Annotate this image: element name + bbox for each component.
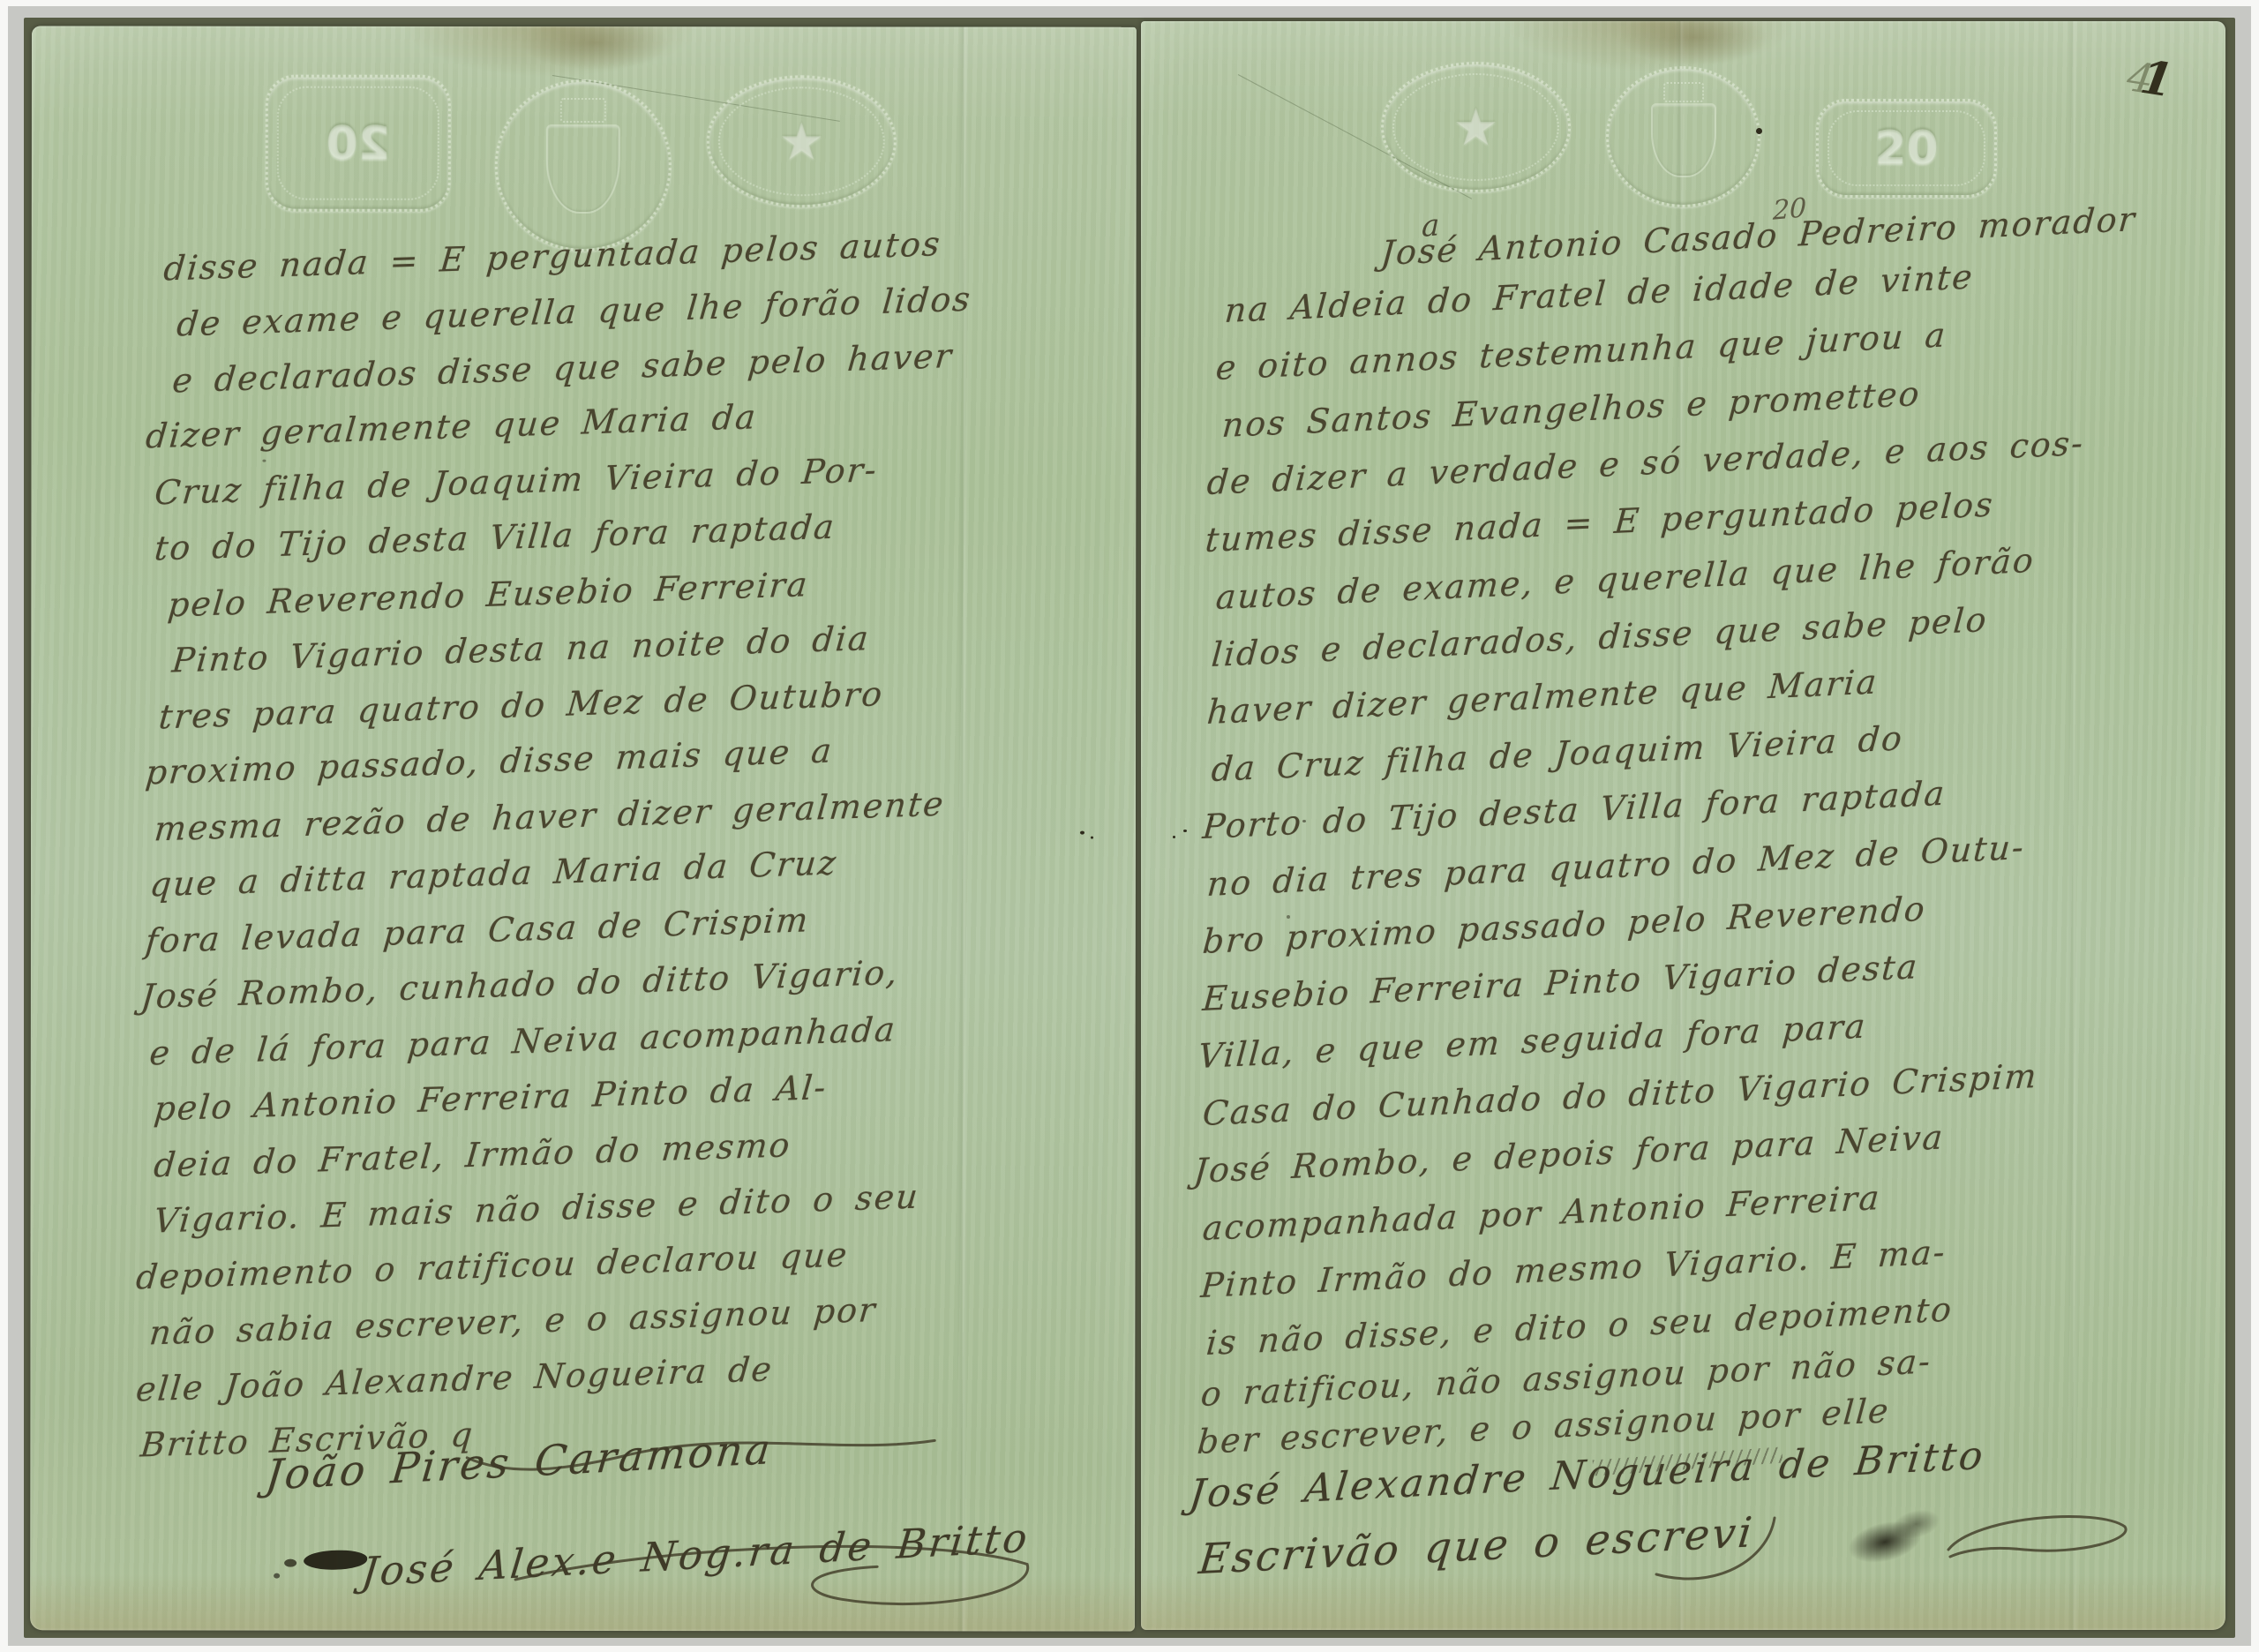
right-page: 41 20 20 a José Antonio Casado Pedreiro …	[1141, 21, 2225, 1630]
left-page: 20 disse nada = E perguntada pelos autos…	[30, 26, 1137, 1631]
manuscript-line: deia do Fratel, Irmão do mesmo	[153, 1125, 793, 1184]
manuscript-line: Villa, e que em seguida fora para	[1197, 1007, 1868, 1077]
ink-blot	[304, 1551, 367, 1570]
manuscript-line: acompanhada por Antonio Ferreira	[1201, 1178, 1882, 1248]
manuscript-line: fora levada para Casa de Crispim	[144, 900, 811, 960]
embossed-stamp-round	[707, 75, 897, 207]
paper-speck	[262, 460, 266, 462]
manuscript-line: e de lá fora para Neiva acompanhada	[148, 1010, 898, 1072]
manuscript-line: pelo Antonio Ferreira Pinto da Al-	[153, 1068, 829, 1129]
embossed-stamp-coat-of-arms	[1606, 66, 1760, 207]
paper-speck	[1756, 128, 1762, 134]
manuscript-line: pelo Reverendo Eusebio Ferreira	[166, 565, 810, 624]
manuscript-line: Eusebio Ferreira Pinto Vigario desta	[1201, 947, 1920, 1018]
manuscript-line: José Rombo, cunhado do ditto Vigario,	[139, 953, 901, 1017]
crown-icon	[560, 98, 606, 122]
manuscript-scan: 20 disse nada = E perguntada pelos autos…	[0, 0, 2259, 1652]
folio-number: 41	[2124, 48, 2177, 108]
manuscript-line: José Antonio Casado Pedreiro morador	[1379, 199, 2137, 273]
manuscript-line: de exame e querella que lhe forão lidos	[176, 280, 973, 344]
paper-speck	[1287, 915, 1290, 919]
manuscript-line: nos Santos Evangelhos e prometteo	[1220, 374, 1922, 445]
manuscript-line: depoimento o ratificou declarou que	[134, 1235, 850, 1296]
manuscript-line: dizer geralmente que Maria da	[144, 397, 758, 455]
stamp-value: 20	[1816, 99, 1997, 198]
paper-speck	[1173, 836, 1175, 838]
manuscript-line: da Cruz filha de Joaquim Vieira do	[1210, 718, 1904, 789]
star-icon	[707, 75, 897, 207]
manuscript-line: tres para quatro do Mez de Outubro	[157, 674, 885, 737]
manuscript-line: elle João Alexandre Nogueira de	[134, 1349, 775, 1408]
embossed-stamp-round	[1381, 62, 1571, 192]
paper-speck	[1091, 837, 1093, 839]
stamp-value: 20	[266, 75, 451, 212]
embossed-stamp-coat-of-arms	[495, 79, 672, 252]
manuscript-line: bro proximo passado pelo Reverendo	[1201, 890, 1927, 961]
manuscript-line: Vigario. E mais não disse e dito o seu	[153, 1177, 921, 1241]
manuscript-line: mesma rezão de haver dizer geralmente	[153, 785, 947, 849]
paper-speck	[1080, 831, 1084, 835]
manuscript-line: e oito annos testemunha que jurou a	[1214, 315, 1948, 387]
manuscript-line: e declarados disse que sabe pelo haver	[171, 336, 955, 401]
manuscript-line: haver dizer geralmente que Maria	[1205, 662, 1880, 732]
manuscript-line: Pinto Vigario desta na noite do dia	[170, 619, 871, 680]
manuscript-line: proximo passado, disse mais que a	[144, 731, 835, 792]
star-icon	[1381, 62, 1571, 192]
manuscript-line: que a ditta raptada Maria da Cruz	[148, 843, 839, 904]
paper-speck	[1183, 830, 1187, 832]
ink-smudge	[1834, 1499, 1956, 1574]
embossed-stamp-20-mirrored: 20	[266, 75, 451, 212]
paper-speck	[1302, 820, 1306, 822]
embossed-stamp-20: 20	[1816, 99, 1997, 198]
shield-icon	[546, 124, 620, 214]
fold-crease	[957, 26, 969, 1631]
crown-icon	[1663, 82, 1704, 102]
folio-digit-ink: 1	[2137, 50, 2177, 109]
signature-flourish	[1940, 1504, 2143, 1566]
paper-speck	[1210, 817, 1213, 821]
manuscript-line: não sabia escrever, e o assignou por	[147, 1290, 878, 1353]
manuscript-line: to do Tijo desta Villa fora raptada	[153, 507, 837, 568]
fold-crease	[2068, 21, 2078, 1630]
